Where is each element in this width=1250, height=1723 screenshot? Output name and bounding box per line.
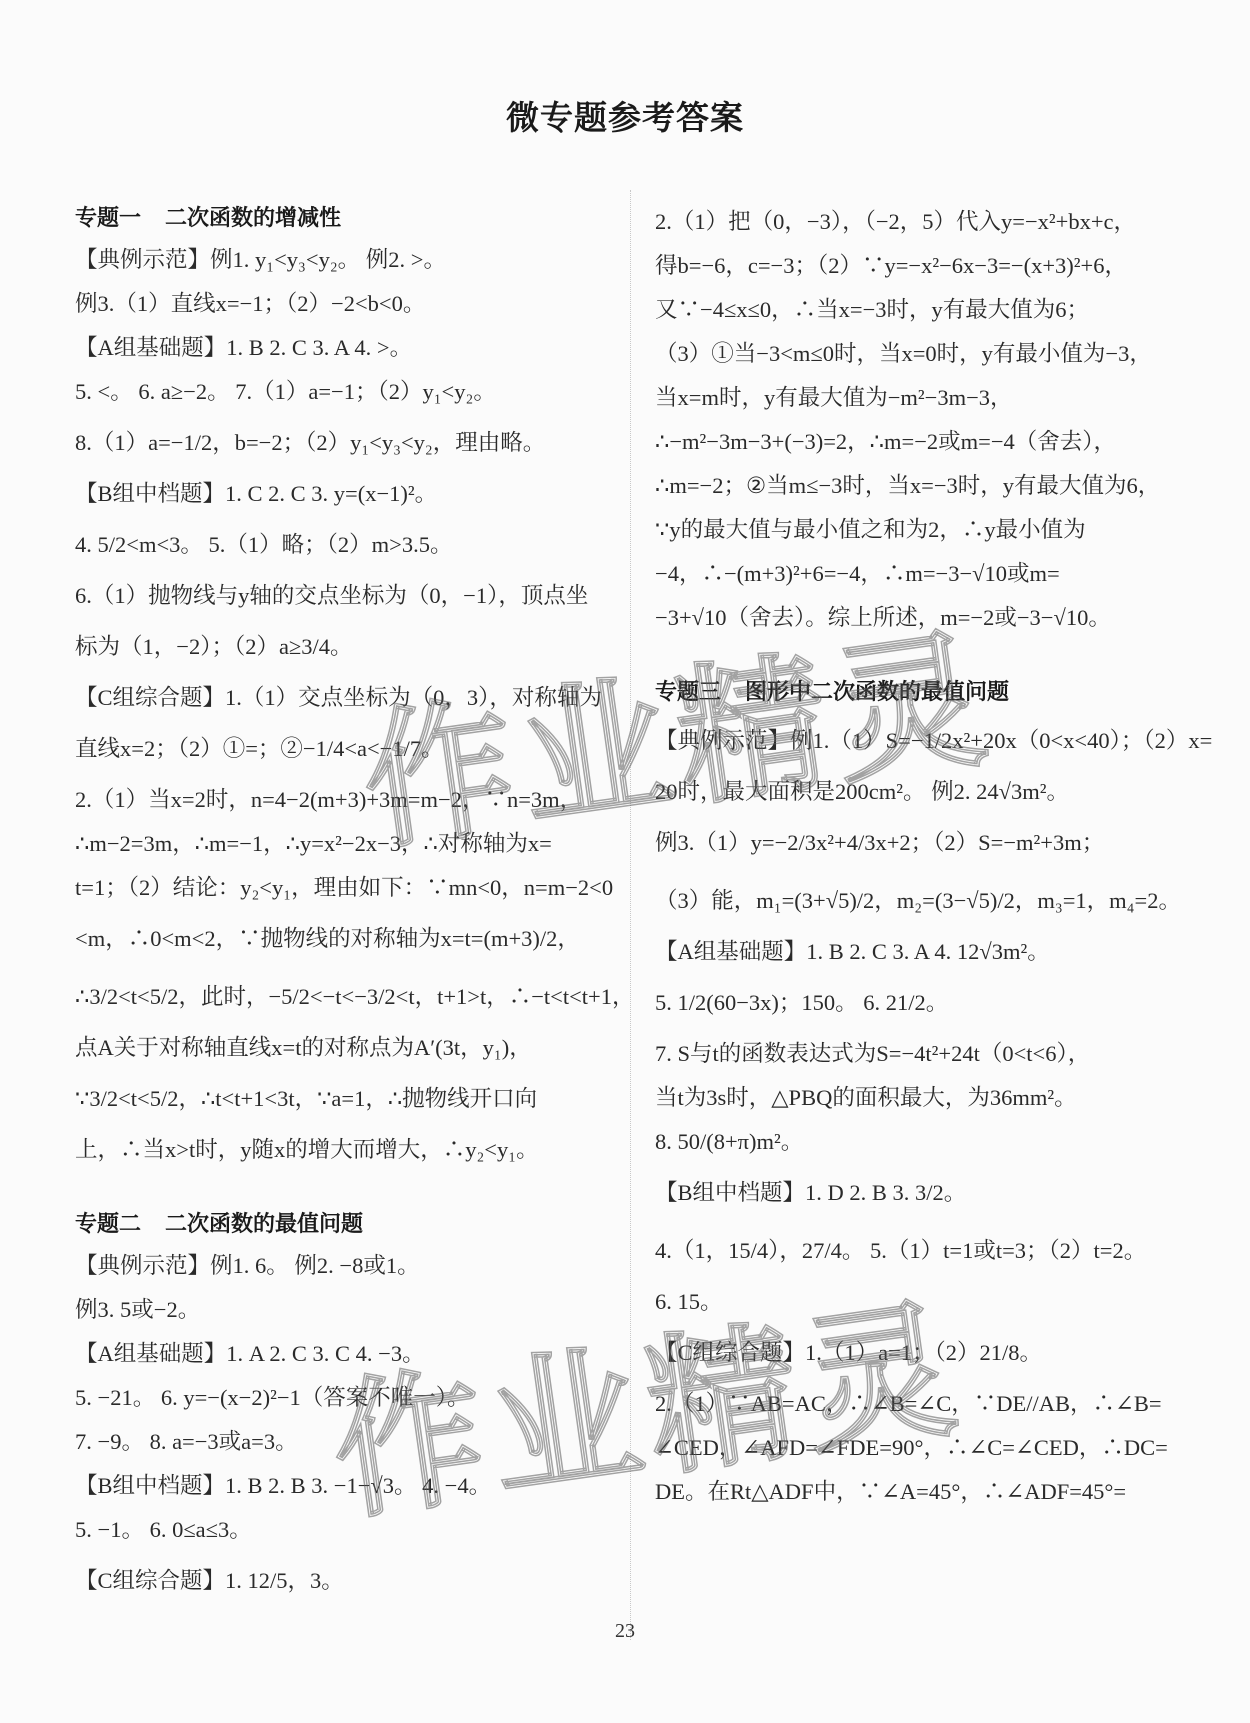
answer-line: 8. 50/(8+π)m²。 [655, 1120, 1180, 1164]
answer-line: 4.（1，15/4），27/4。 5.（1）t=1或t=3；（2）t=2。 [655, 1222, 1180, 1280]
answer-line: （3）能，m₁=(3+√5)/2，m₂=(3−√5)/2，m₃=1，m₄=2。 [655, 872, 1180, 930]
answer-line: 5. 1/2(60−3x)；150。 6. 21/2。 [655, 974, 1180, 1032]
answer-line: 6. 15。 [655, 1280, 1180, 1324]
answer-line: 20时，最大面积是200cm²。 例2. 24√3m²。 [655, 770, 1180, 814]
topic2-continued-answers: 2.（1）把（0，−3），（−2，5）代入y=−x²+bx+c，得b=−6，c=… [655, 200, 1180, 640]
topic2-number: 专题二 [75, 1212, 141, 1237]
answer-line: 【A组基础题】1. A 2. C 3. C 4. −3。 [75, 1332, 605, 1376]
topic1-answers: 【典例示范】例1. y₁<y₃<y₂。 例2. >。例3.（1）直线x=−1；（… [75, 238, 605, 1172]
answer-line: 2.（1）∵AB=AC，∴∠B=∠C，∵DE//AB，∴∠B= [655, 1382, 1180, 1426]
answer-line: ∴−m²−3m−3+(−3)=2，∴m=−2或m=−4（舍去）， [655, 420, 1180, 464]
answer-line: 6.（1）抛物线与y轴的交点坐标为（0，−1），顶点坐 [75, 574, 605, 618]
answer-line: 【A组基础题】1. B 2. C 3. A 4. 12√3m²。 [655, 930, 1180, 974]
answer-line: ∴3/2<t<5/2，此时，−5/2<−t<−3/2<t，t+1>t，∴−t<t… [75, 968, 605, 1026]
answer-line: 2.（1）当x=2时，n=4−2(m+3)+3m=m−2，∵n=3m， [75, 778, 605, 822]
answer-line: 8.（1）a=−1/2，b=−2；（2）y₁<y₃<y₂，理由略。 [75, 414, 605, 472]
right-column: 2.（1）把（0，−3），（−2，5）代入y=−x²+bx+c，得b=−6，c=… [655, 200, 1180, 1514]
answer-line: 标为（1，−2）；（2）a≥3/4。 [75, 618, 605, 676]
topic2-heading: 专题二二次函数的最值问题 [75, 1206, 605, 1244]
answer-line: 【B组中档题】1. B 2. B 3. −1−√3。 4. −4。 [75, 1464, 605, 1508]
answer-line: 2.（1）把（0，−3），（−2，5）代入y=−x²+bx+c， [655, 200, 1180, 244]
answer-line: 【A组基础题】1. B 2. C 3. A 4. >。 [75, 326, 605, 370]
answer-line: ∵3/2<t<5/2，∴t<t+1<3t，∵a=1，∴抛物线开口向 [75, 1070, 605, 1128]
answer-line: 4. 5/2<m<3。 5.（1）略；（2）m>3.5。 [75, 516, 605, 574]
answer-line: 7. S与t的函数表达式为S=−4t²+24t（0<t<6）， [655, 1032, 1180, 1076]
column-divider [630, 190, 631, 1640]
answer-line: 直线x=2；（2）①=；②−1/4<a<−1/7。 [75, 720, 605, 778]
answer-line: 当t为3s时，△PBQ的面积最大，为36mm²。 [655, 1076, 1180, 1120]
answer-line: DE。在Rt△ADF中，∵∠A=45°，∴∠ADF=45°= [655, 1470, 1180, 1514]
topic1-number: 专题一 [75, 206, 141, 231]
answer-line: 【典例示范】例1.（1）S=−1/2x²+20x（0<x<40）；（2）x= [655, 712, 1180, 770]
topic3-heading: 专题三图形中二次函数的最值问题 [655, 674, 1180, 712]
answer-line: 例3.（1）y=−2/3x²+4/3x+2；（2）S=−m²+3m； [655, 814, 1180, 872]
answer-line: 【C组综合题】1.（1）a=1；（2）21/8。 [655, 1324, 1180, 1382]
topic3-number: 专题三 [655, 680, 721, 705]
answer-line: 当x=m时，y有最大值为−m²−3m−3， [655, 376, 1180, 420]
answer-line: 【B组中档题】1. C 2. C 3. y=(x−1)²。 [75, 472, 605, 516]
answer-line: 例3.（1）直线x=−1；（2）−2<b<0。 [75, 282, 605, 326]
answer-line: ∵y的最大值与最小值之和为2，∴y最小值为 [655, 508, 1180, 552]
page-title: 微专题参考答案 [0, 92, 1250, 139]
page-number: 23 [0, 1620, 1250, 1643]
answer-line: 5. −1。 6. 0≤a≤3。 [75, 1508, 605, 1552]
topic2-answers: 【典例示范】例1. 6。 例2. −8或1。例3. 5或−2。【A组基础题】1.… [75, 1244, 605, 1610]
answer-line: 【典例示范】例1. y₁<y₃<y₂。 例2. >。 [75, 238, 605, 282]
answer-line: 5. −21。 6. y=−(x−2)²−1（答案不唯一）。 [75, 1376, 605, 1420]
answer-line: 例3. 5或−2。 [75, 1288, 605, 1332]
answer-line: 5. <。 6. a≥−2。 7.（1）a=−1；（2）y₁<y₂。 [75, 370, 605, 414]
topic3-title: 图形中二次函数的最值问题 [745, 680, 1009, 705]
left-column: 专题一二次函数的增减性 【典例示范】例1. y₁<y₃<y₂。 例2. >。例3… [75, 200, 605, 1610]
answer-line: 【B组中档题】1. D 2. B 3. 3/2。 [655, 1164, 1180, 1222]
answer-line: <m，∴0<m<2，∵抛物线的对称轴为x=t=(m+3)/2， [75, 910, 605, 968]
answer-line: ∴m−2=3m，∴m=−1，∴y=x²−2x−3，∴对称轴为x= [75, 822, 605, 866]
answer-line: 7. −9。 8. a=−3或a=3。 [75, 1420, 605, 1464]
answer-line: 得b=−6，c=−3；（2）∵y=−x²−6x−3=−(x+3)²+6， [655, 244, 1180, 288]
answer-line: ∠CED，∠AFD=∠FDE=90°，∴∠C=∠CED，∴DC= [655, 1426, 1180, 1470]
answer-line: 【C组综合题】1. 12/5，3。 [75, 1552, 605, 1610]
answer-line: 又∵−4≤x≤0，∴当x=−3时，y有最大值为6； [655, 288, 1180, 332]
topic2-title: 二次函数的最值问题 [165, 1212, 363, 1237]
answer-line: −3+√10（舍去）。综上所述，m=−2或−3−√10。 [655, 596, 1180, 640]
answer-line: 【C组综合题】1.（1）交点坐标为（0，3），对称轴为 [75, 676, 605, 720]
answer-line: 上，∴当x>t时，y随x的增大而增大，∴y₂<y₁。 [75, 1128, 605, 1172]
answer-line: ∴m=−2；②当m≤−3时，当x=−3时，y有最大值为6， [655, 464, 1180, 508]
answer-line: （3）①当−3<m≤0时，当x=0时，y有最小值为−3， [655, 332, 1180, 376]
answer-line: 【典例示范】例1. 6。 例2. −8或1。 [75, 1244, 605, 1288]
answer-line: −4，∴−(m+3)²+6=−4，∴m=−3−√10或m= [655, 552, 1180, 596]
topic1-title: 二次函数的增减性 [165, 206, 341, 231]
answer-line: 点A关于对称轴直线x=t的对称点为A′(3t，y₁)， [75, 1026, 605, 1070]
topic1-heading: 专题一二次函数的增减性 [75, 200, 605, 238]
topic3-answers: 【典例示范】例1.（1）S=−1/2x²+20x（0<x<40）；（2）x=20… [655, 712, 1180, 1514]
answer-line: t=1；（2）结论：y₂<y₁，理由如下：∵mn<0，n=m−2<0 [75, 866, 605, 910]
